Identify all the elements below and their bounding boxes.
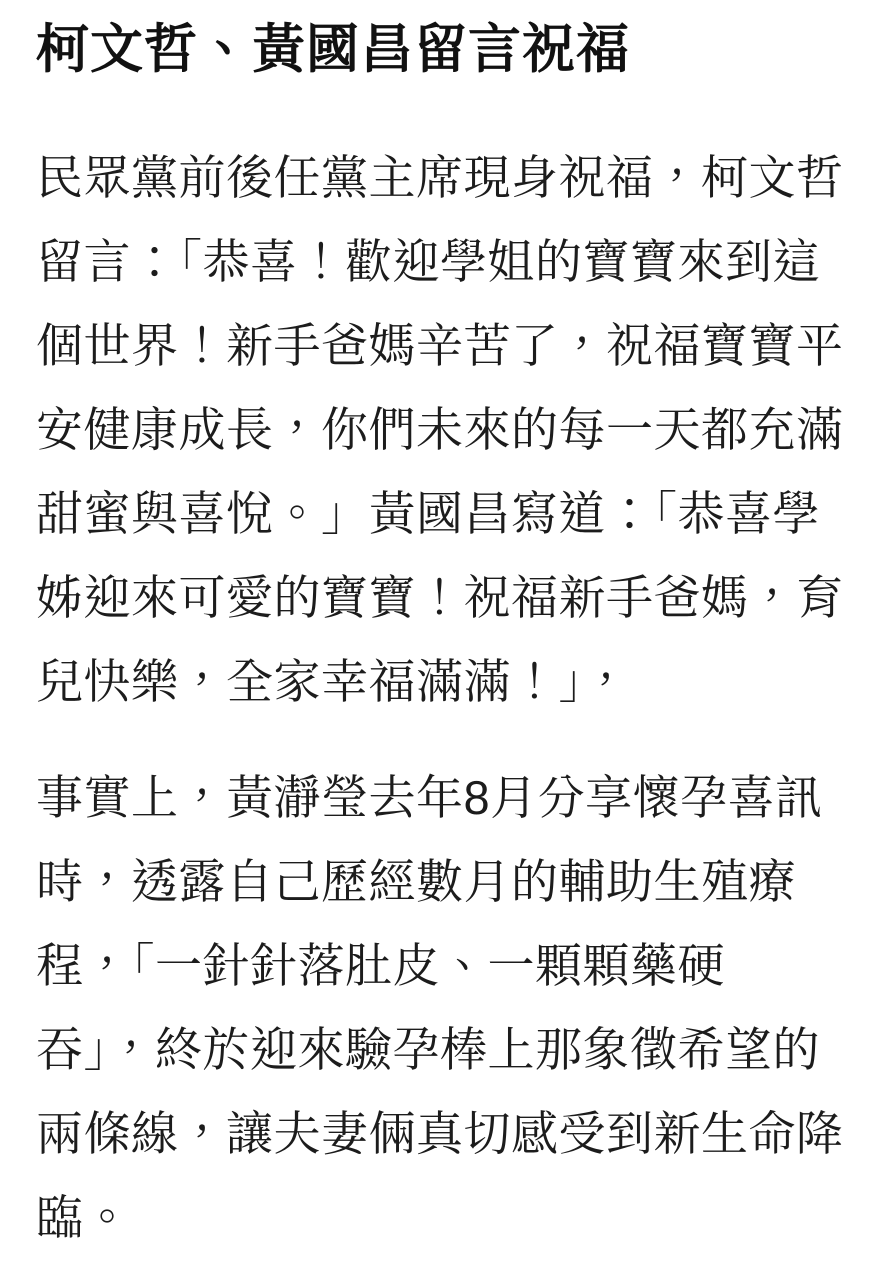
text-line: 民眾黨前後任黨主席現身祝福，柯文哲 [36,136,842,220]
text-line: 兒快樂，全家幸福滿滿！」， [36,640,842,724]
article-heading: 柯文哲、黃國昌留言祝福 [36,14,842,86]
text-line: 程，「一針針落肚皮、一顆顆藥硬 [36,924,842,1008]
text-line: 吞」，終於迎來驗孕棒上那象徵希望的 [36,1008,842,1092]
text-line: 時，透露自己歷經數月的輔助生殖療 [36,840,842,924]
text-line: 甜蜜與喜悅。」黃國昌寫道：「恭喜學 [36,472,842,556]
text-line: 個世界！新手爸媽辛苦了，祝福寶寶平 [36,304,842,388]
text-line: 留言：「恭喜！歡迎學姐的寶寶來到這 [36,220,842,304]
text-line: 安健康成長，你們未來的每一天都充滿 [36,388,842,472]
article-page: { "article": { "heading": "柯文哲、黃國昌留言祝福",… [0,0,878,1280]
text-line: 事實上，黃瀞瑩去年8月分享懷孕喜訊 [36,756,842,840]
text-line: 兩條線，讓夫妻倆真切感受到新生命降 [36,1092,842,1176]
paragraph-pregnancy-story: 事實上，黃瀞瑩去年8月分享懷孕喜訊 時，透露自己歷經數月的輔助生殖療 程，「一針… [36,756,842,1260]
paragraph-congratulations: 民眾黨前後任黨主席現身祝福，柯文哲 留言：「恭喜！歡迎學姐的寶寶來到這 個世界！… [36,136,842,724]
text-line: 姊迎來可愛的寶寶！祝福新手爸媽，育 [36,556,842,640]
text-line: 臨。 [36,1176,842,1260]
article-body: 柯文哲、黃國昌留言祝福 民眾黨前後任黨主席現身祝福，柯文哲 留言：「恭喜！歡迎學… [0,0,878,1260]
